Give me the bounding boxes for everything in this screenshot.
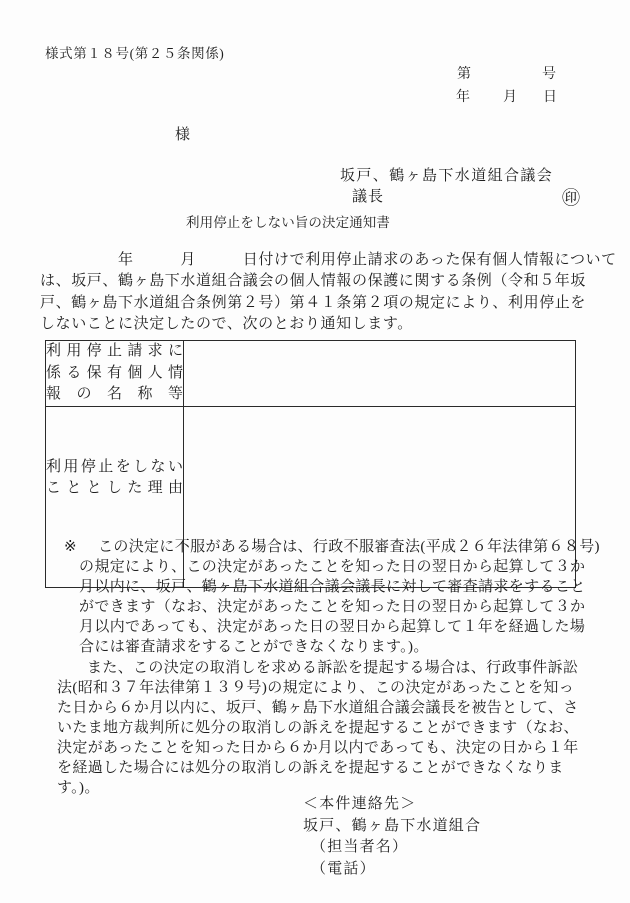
note-section: ※この決定に不服がある場合は、行政不服審査法(平成２６年法律第６８号) の規定に… xyxy=(40,537,615,798)
note-line: また、この決定の取消しを求める訴訟を提起する場合は、行政事件訴訟 xyxy=(87,658,615,678)
contact-header: ＜本件連絡先＞ xyxy=(303,794,481,816)
label-line: 係る保有個人情 xyxy=(46,363,183,385)
contact-person: （担当者名） xyxy=(311,837,481,859)
form-number: 様式第１８号(第２５条関係) xyxy=(45,42,224,62)
row-label-cell: 利用停止請求に 係る保有個人情 報の名称等 xyxy=(46,341,184,407)
row-value-cell xyxy=(184,341,576,407)
date-month-label: 月 xyxy=(503,86,517,106)
body-line: は、坂戸、鶴ヶ島下水道組合議会の個人情報の保護に関する条例（令和５年坂 xyxy=(40,271,600,292)
label-line: 利用停止をしない xyxy=(46,457,183,479)
document-title: 利用停止をしない旨の決定通知書 xyxy=(186,211,390,231)
note-line: ※この決定に不服がある場合は、行政不服審査法(平成２６年法律第６８号) xyxy=(64,537,615,557)
note-line: た日から６か月以内に、坂戸、鶴ヶ島下水道組合議会議長を被告として、さ xyxy=(57,698,615,718)
note-line: 月以内に、坂戸、鶴ヶ島下水道組合議会議長に対して審査請求をすること xyxy=(79,577,615,597)
note-marker: ※ xyxy=(64,537,98,557)
body-line: 戸、鶴ヶ島下水道組合条例第２号）第４１条第２項の規定により、利用停止を xyxy=(40,293,600,314)
label-line: 利用停止請求に xyxy=(46,341,183,363)
note-line: 月以内であっても、決定があった日の翌日から起算して１年を経過した場 xyxy=(79,617,615,637)
ref-number-prefix: 第 xyxy=(457,63,471,83)
issuer-organization: 坂戸、鶴ヶ島下水道組合議会 xyxy=(340,164,553,185)
body-line: 年 月 日付けで利用停止請求のあった保有個人情報について xyxy=(40,250,600,271)
note-line: 法(昭和３７年法律第１３９号)の規定により、この決定があったことを知っ xyxy=(57,678,615,698)
date-year-label: 年 xyxy=(456,86,470,106)
body-paragraph: 年 月 日付けで利用停止請求のあった保有個人情報について は、坂戸、鶴ヶ島下水道… xyxy=(40,250,600,336)
seal-icon: ㊞ xyxy=(562,184,580,210)
document-page: 様式第１８号(第２５条関係) 第 号 年 月 日 様 坂戸、鶴ヶ島下水道組合議会… xyxy=(0,0,630,903)
ref-number-suffix: 号 xyxy=(542,63,556,83)
note-line: 決定があったことを知った日から６か月以内であっても、決定の日から１年 xyxy=(57,738,615,758)
note-line: ができます（なお、決定があったことを知った日の翌日から起算して３か xyxy=(79,597,615,617)
label-line: こととした理由 xyxy=(46,478,183,500)
note-line: 合には審査請求をすることができなくなります。)。 xyxy=(79,637,615,657)
issuer-title: 議長 xyxy=(352,185,384,206)
contact-phone: （電話） xyxy=(311,859,481,881)
note-line: を経過した場合には処分の取消しの訴えを提起することができなくなりま xyxy=(57,758,615,778)
note-line-text: この決定に不服がある場合は、行政不服審査法(平成２６年法律第６８号) xyxy=(98,539,600,555)
note-line: の規定により、この決定があったことを知った日の翌日から起算して３か xyxy=(79,557,615,577)
body-line: しないことに決定したので、次のとおり通知します。 xyxy=(40,314,600,335)
addressee-label: 様 xyxy=(175,123,190,144)
table-row: 利用停止請求に 係る保有個人情 報の名称等 xyxy=(46,341,576,407)
note-line: いたま地方裁判所に処分の取消しの訴えを提起することができます（なお、 xyxy=(57,718,615,738)
date-day-label: 日 xyxy=(543,86,557,106)
label-line: 報の名称等 xyxy=(46,384,183,406)
contact-section: ＜本件連絡先＞ 坂戸、鶴ヶ島下水道組合 （担当者名） （電話） xyxy=(303,794,481,880)
contact-org: 坂戸、鶴ヶ島下水道組合 xyxy=(303,816,481,838)
